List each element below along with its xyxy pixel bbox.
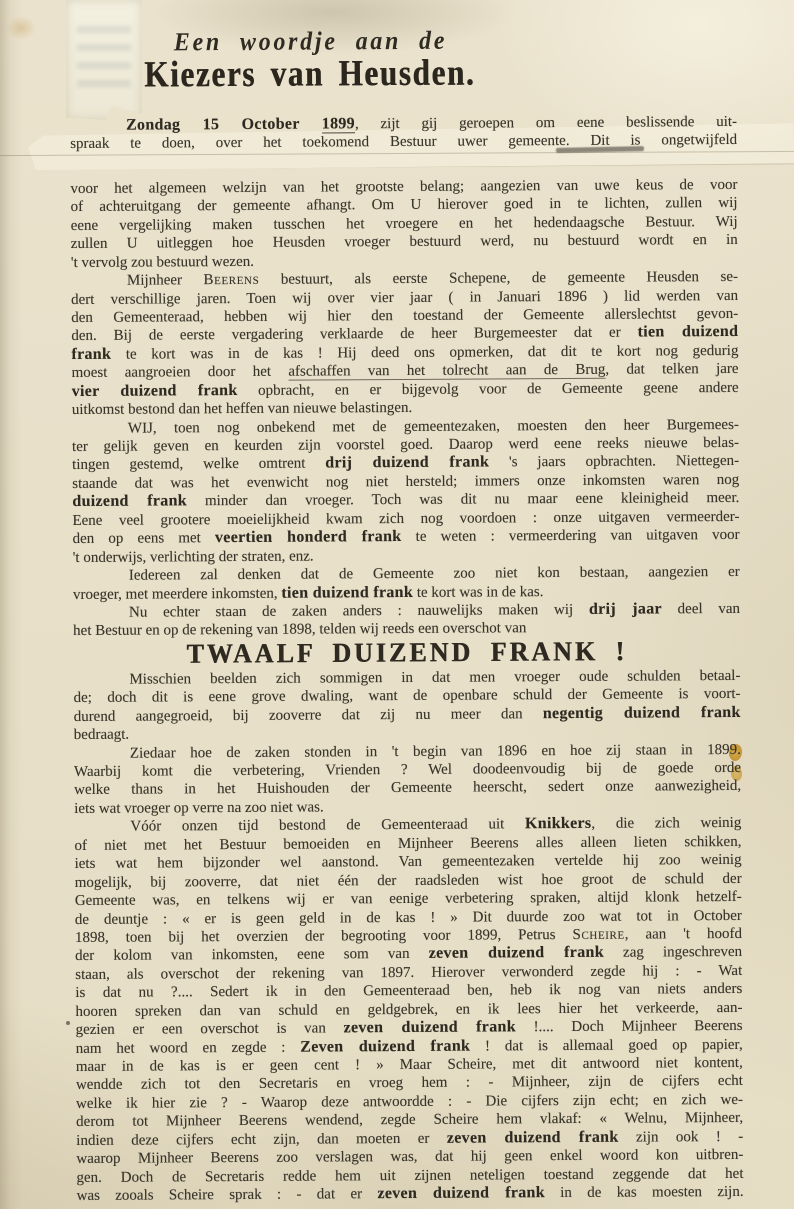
section-heading: TWAALF DUIZEND FRANK ! xyxy=(73,637,740,669)
paragraph: Mijnheer Beerens bestuurt, als eerste Sc… xyxy=(71,268,739,420)
document: Een woordje aan de Kiezers van Heusden. … xyxy=(0,0,794,1209)
paragraph: Zondag 15 October 1899, zijt gij geroepe… xyxy=(70,113,737,154)
paragraph: Iedereen zal denken dat de Gemeente zoo … xyxy=(73,563,740,604)
document-title: Kiezers van Heusden. xyxy=(49,51,570,97)
paragraph: WIJ, toen nog onbekend met de gemeenteza… xyxy=(72,415,740,567)
paragraph: Misschien beelden zich sommigen in dat m… xyxy=(73,667,740,745)
paragraph: Ziedaar hoe de zaken stonden in 't begin… xyxy=(74,740,741,818)
document-body: Zondag 15 October 1899, zijt gij geroepe… xyxy=(70,113,744,1206)
paragraph: Nu echter staan de zaken anders : nauwel… xyxy=(73,600,740,641)
scanned-pamphlet-page: Een woordje aan de Kiezers van Heusden. … xyxy=(0,0,794,1209)
paragraph: voor het algemeen welzijn van het groots… xyxy=(70,176,738,272)
paragraph: Vóór onzen tijd bestond de Gemeenteraad … xyxy=(74,814,743,1205)
text-line: spraak te doen, over het toekomend Bestu… xyxy=(70,131,737,154)
text-line: was zooals Scheire sprak : - dat er zeve… xyxy=(77,1183,744,1206)
